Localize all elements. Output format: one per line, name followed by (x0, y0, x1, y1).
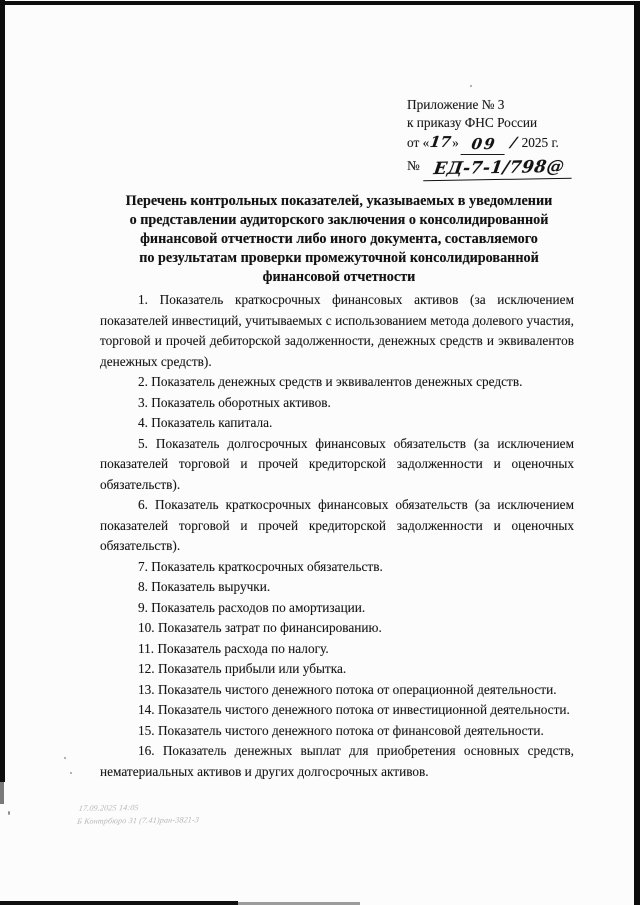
list-item: 12. Показатель прибыли или убытка. (100, 659, 574, 680)
title-line: финансовой отчетности либо иного докумен… (100, 230, 578, 249)
list-item: 4. Показатель капитала. (100, 413, 574, 434)
list-item: 7. Показатель краткосрочных обязательств… (100, 557, 574, 578)
scan-edge-left-fade (0, 782, 4, 804)
title-line: Перечень контрольных показателей, указыв… (100, 192, 578, 211)
list-item: 11. Показатель расхода по налогу. (100, 639, 574, 660)
date-prefix: от « (407, 135, 429, 150)
scan-edge-left (0, 0, 5, 782)
scan-noise-dot (470, 85, 472, 87)
list-item: 6. Показатель краткосрочных финансовых о… (100, 495, 574, 557)
date-year: 2025 г. (522, 135, 559, 150)
number-label: № (407, 158, 420, 173)
indicator-list: 1. Показатель краткосрочных финансовых а… (100, 290, 574, 782)
handwritten-order-number: ЕД-7-1/798@ (423, 156, 575, 182)
title-line: о представлении аудиторского заключения … (100, 211, 578, 230)
list-item: 13. Показатель чистого денежного потока … (100, 680, 574, 701)
annex-block: Приложение № 3 к приказу ФНС России от «… (407, 96, 592, 180)
annex-order-reference: к приказу ФНС России (407, 114, 592, 132)
handwritten-day: 17 (429, 132, 453, 152)
annex-number-line: №ЕД-7-1/798@ (407, 155, 592, 180)
scan-noise-dot (70, 772, 72, 774)
scan-edge-right (634, 2, 640, 905)
document-title: Перечень контрольных показателей, указыв… (100, 192, 578, 287)
list-item: 16. Показатель денежных выплат для приоб… (100, 741, 574, 782)
annex-date-line: от «17» 09/ 2025 г. (407, 132, 592, 155)
title-line: по результатам проверки промежуточной ко… (100, 249, 578, 268)
date-close-quote: » (452, 135, 459, 150)
scan-noise-mark (8, 811, 10, 815)
list-item: 15. Показатель чистого денежного потока … (100, 721, 574, 742)
list-item: 2. Показатель денежных средств и эквивал… (100, 372, 574, 393)
scan-noise-dot (64, 757, 66, 759)
handwritten-slash: / (509, 133, 519, 153)
list-item: 9. Показатель расходов по амортизации. (100, 598, 574, 619)
scan-edge-bottom (0, 901, 238, 905)
list-item: 8. Показатель выручки. (100, 577, 574, 598)
scanned-document-page: Приложение № 3 к приказу ФНС России от «… (0, 0, 640, 905)
list-item: 5. Показатель долгосрочных финансовых об… (100, 434, 574, 496)
title-line: финансовой отчетности (100, 268, 578, 287)
list-item: 1. Показатель краткосрочных финансовых а… (100, 290, 574, 372)
scan-edge-top (0, 1, 640, 5)
list-item: 14. Показатель чистого денежного потока … (100, 700, 574, 721)
list-item: 3. Показатель оборотных активов. (100, 393, 574, 414)
stamp-registration: Б Контрбюро 31 (7.41)ран-3821-3 (76, 813, 200, 828)
annex-title: Приложение № 3 (407, 96, 592, 114)
handwritten-month: 09 (461, 134, 508, 155)
footer-stamp: 17.09.2025 14:05 Б Контрбюро 31 (7.41)ра… (76, 800, 201, 828)
list-item: 10. Показатель затрат по финансированию. (100, 618, 574, 639)
